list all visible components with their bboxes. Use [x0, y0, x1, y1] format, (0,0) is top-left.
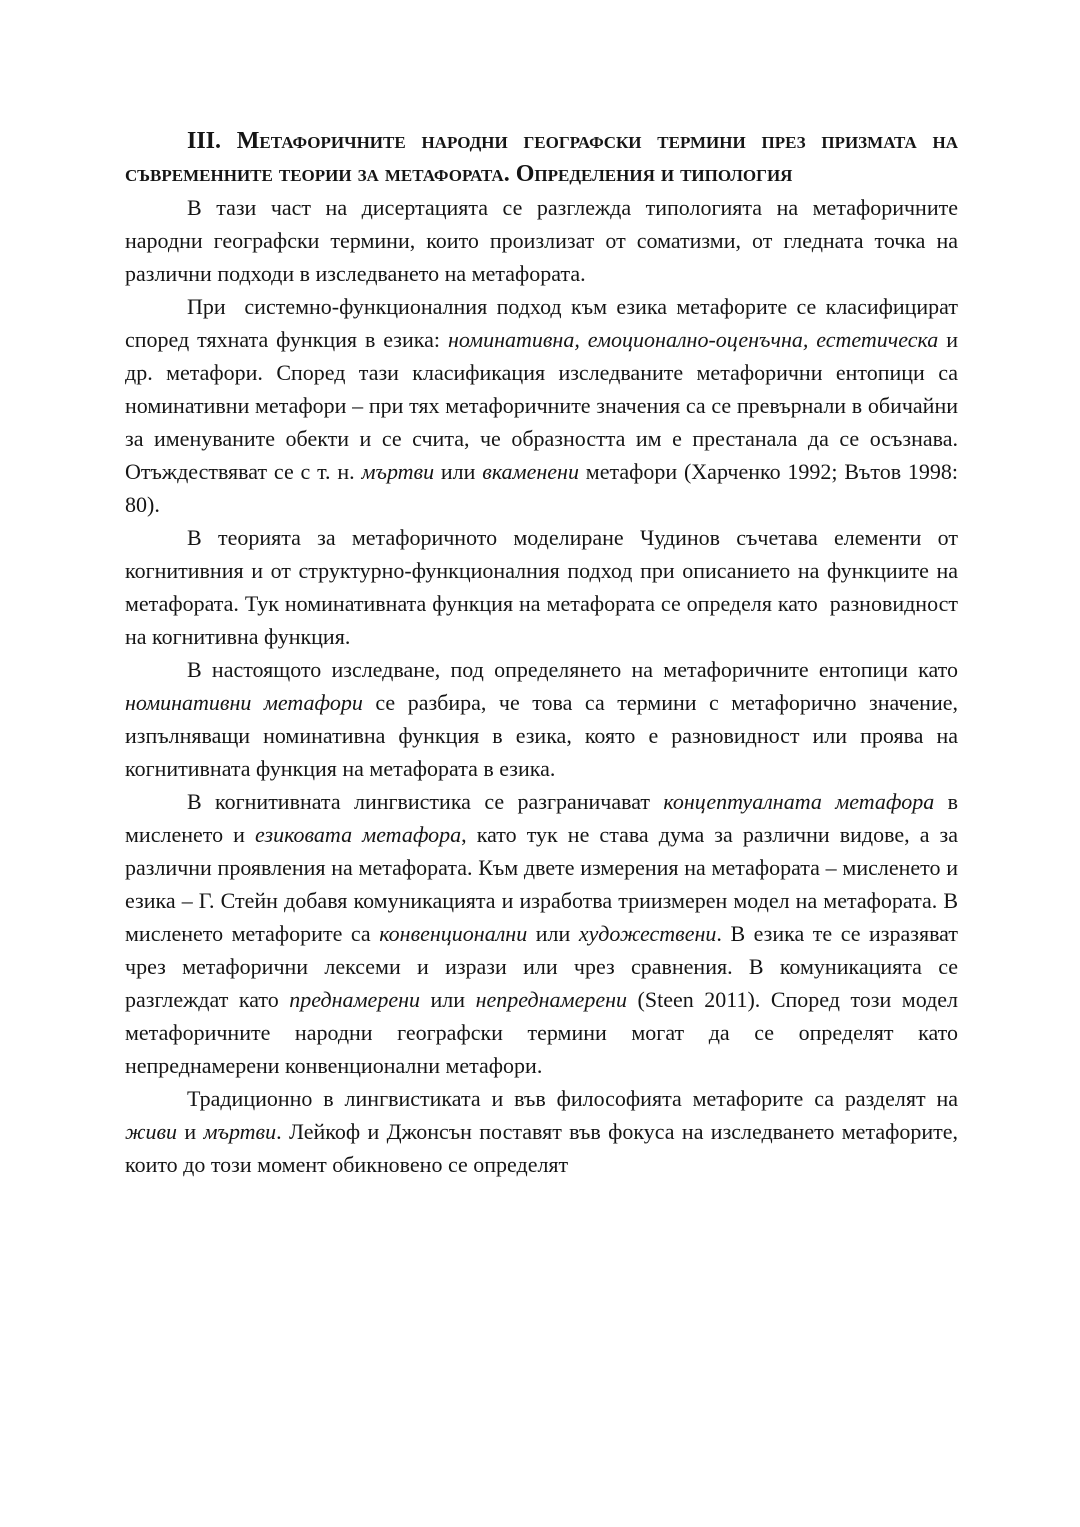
paragraph-2: При системно-функционалния подход към ез… — [125, 290, 958, 521]
italic-run: езиковата метафора — [255, 822, 461, 847]
italic-run: вкаменени — [482, 459, 579, 484]
italic-run: художествени — [579, 921, 717, 946]
document-body: В тази част на дисертацията се разглежда… — [125, 191, 958, 1181]
paragraph-6: Традиционно в лингвистиката и във филосо… — [125, 1082, 958, 1181]
italic-run: номинативна, емоционално-оценъчна, естет… — [448, 327, 938, 352]
italic-run: непреднамерени — [476, 987, 627, 1012]
italic-run: номинативни метафори — [125, 690, 363, 715]
text-run: или — [434, 459, 482, 484]
text-run: В когнитивната лингвистика се разгранича… — [187, 789, 663, 814]
italic-run: мъртви — [361, 459, 434, 484]
italic-run: живи — [125, 1119, 177, 1144]
document-page: III. Метафоричните народни географски те… — [0, 0, 1080, 1527]
paragraph-5: В когнитивната лингвистика се разгранича… — [125, 785, 958, 1082]
italic-run: конвенционални — [379, 921, 527, 946]
italic-run: концептуалната метафора — [663, 789, 934, 814]
paragraph-1: В тази част на дисертацията се разглежда… — [125, 191, 958, 290]
paragraph-4: В настоящото изследване, под определянет… — [125, 653, 958, 785]
paragraph-3: В теорията за метафоричното моделиране Ч… — [125, 521, 958, 653]
text-run: или — [527, 921, 579, 946]
text-run: или — [420, 987, 476, 1012]
text-run: и — [177, 1119, 203, 1144]
italic-run: преднамерени — [289, 987, 420, 1012]
section-heading: III. Метафоричните народни географски те… — [125, 125, 958, 191]
text-run: В теорията за метафоричното моделиране Ч… — [125, 525, 958, 649]
text-run: В тази част на дисертацията се разглежда… — [125, 195, 958, 286]
text-run: Традиционно в лингвистиката и във филосо… — [187, 1086, 958, 1111]
text-run: В настоящото изследване, под определянет… — [187, 657, 958, 682]
italic-run: мъртви — [204, 1119, 277, 1144]
